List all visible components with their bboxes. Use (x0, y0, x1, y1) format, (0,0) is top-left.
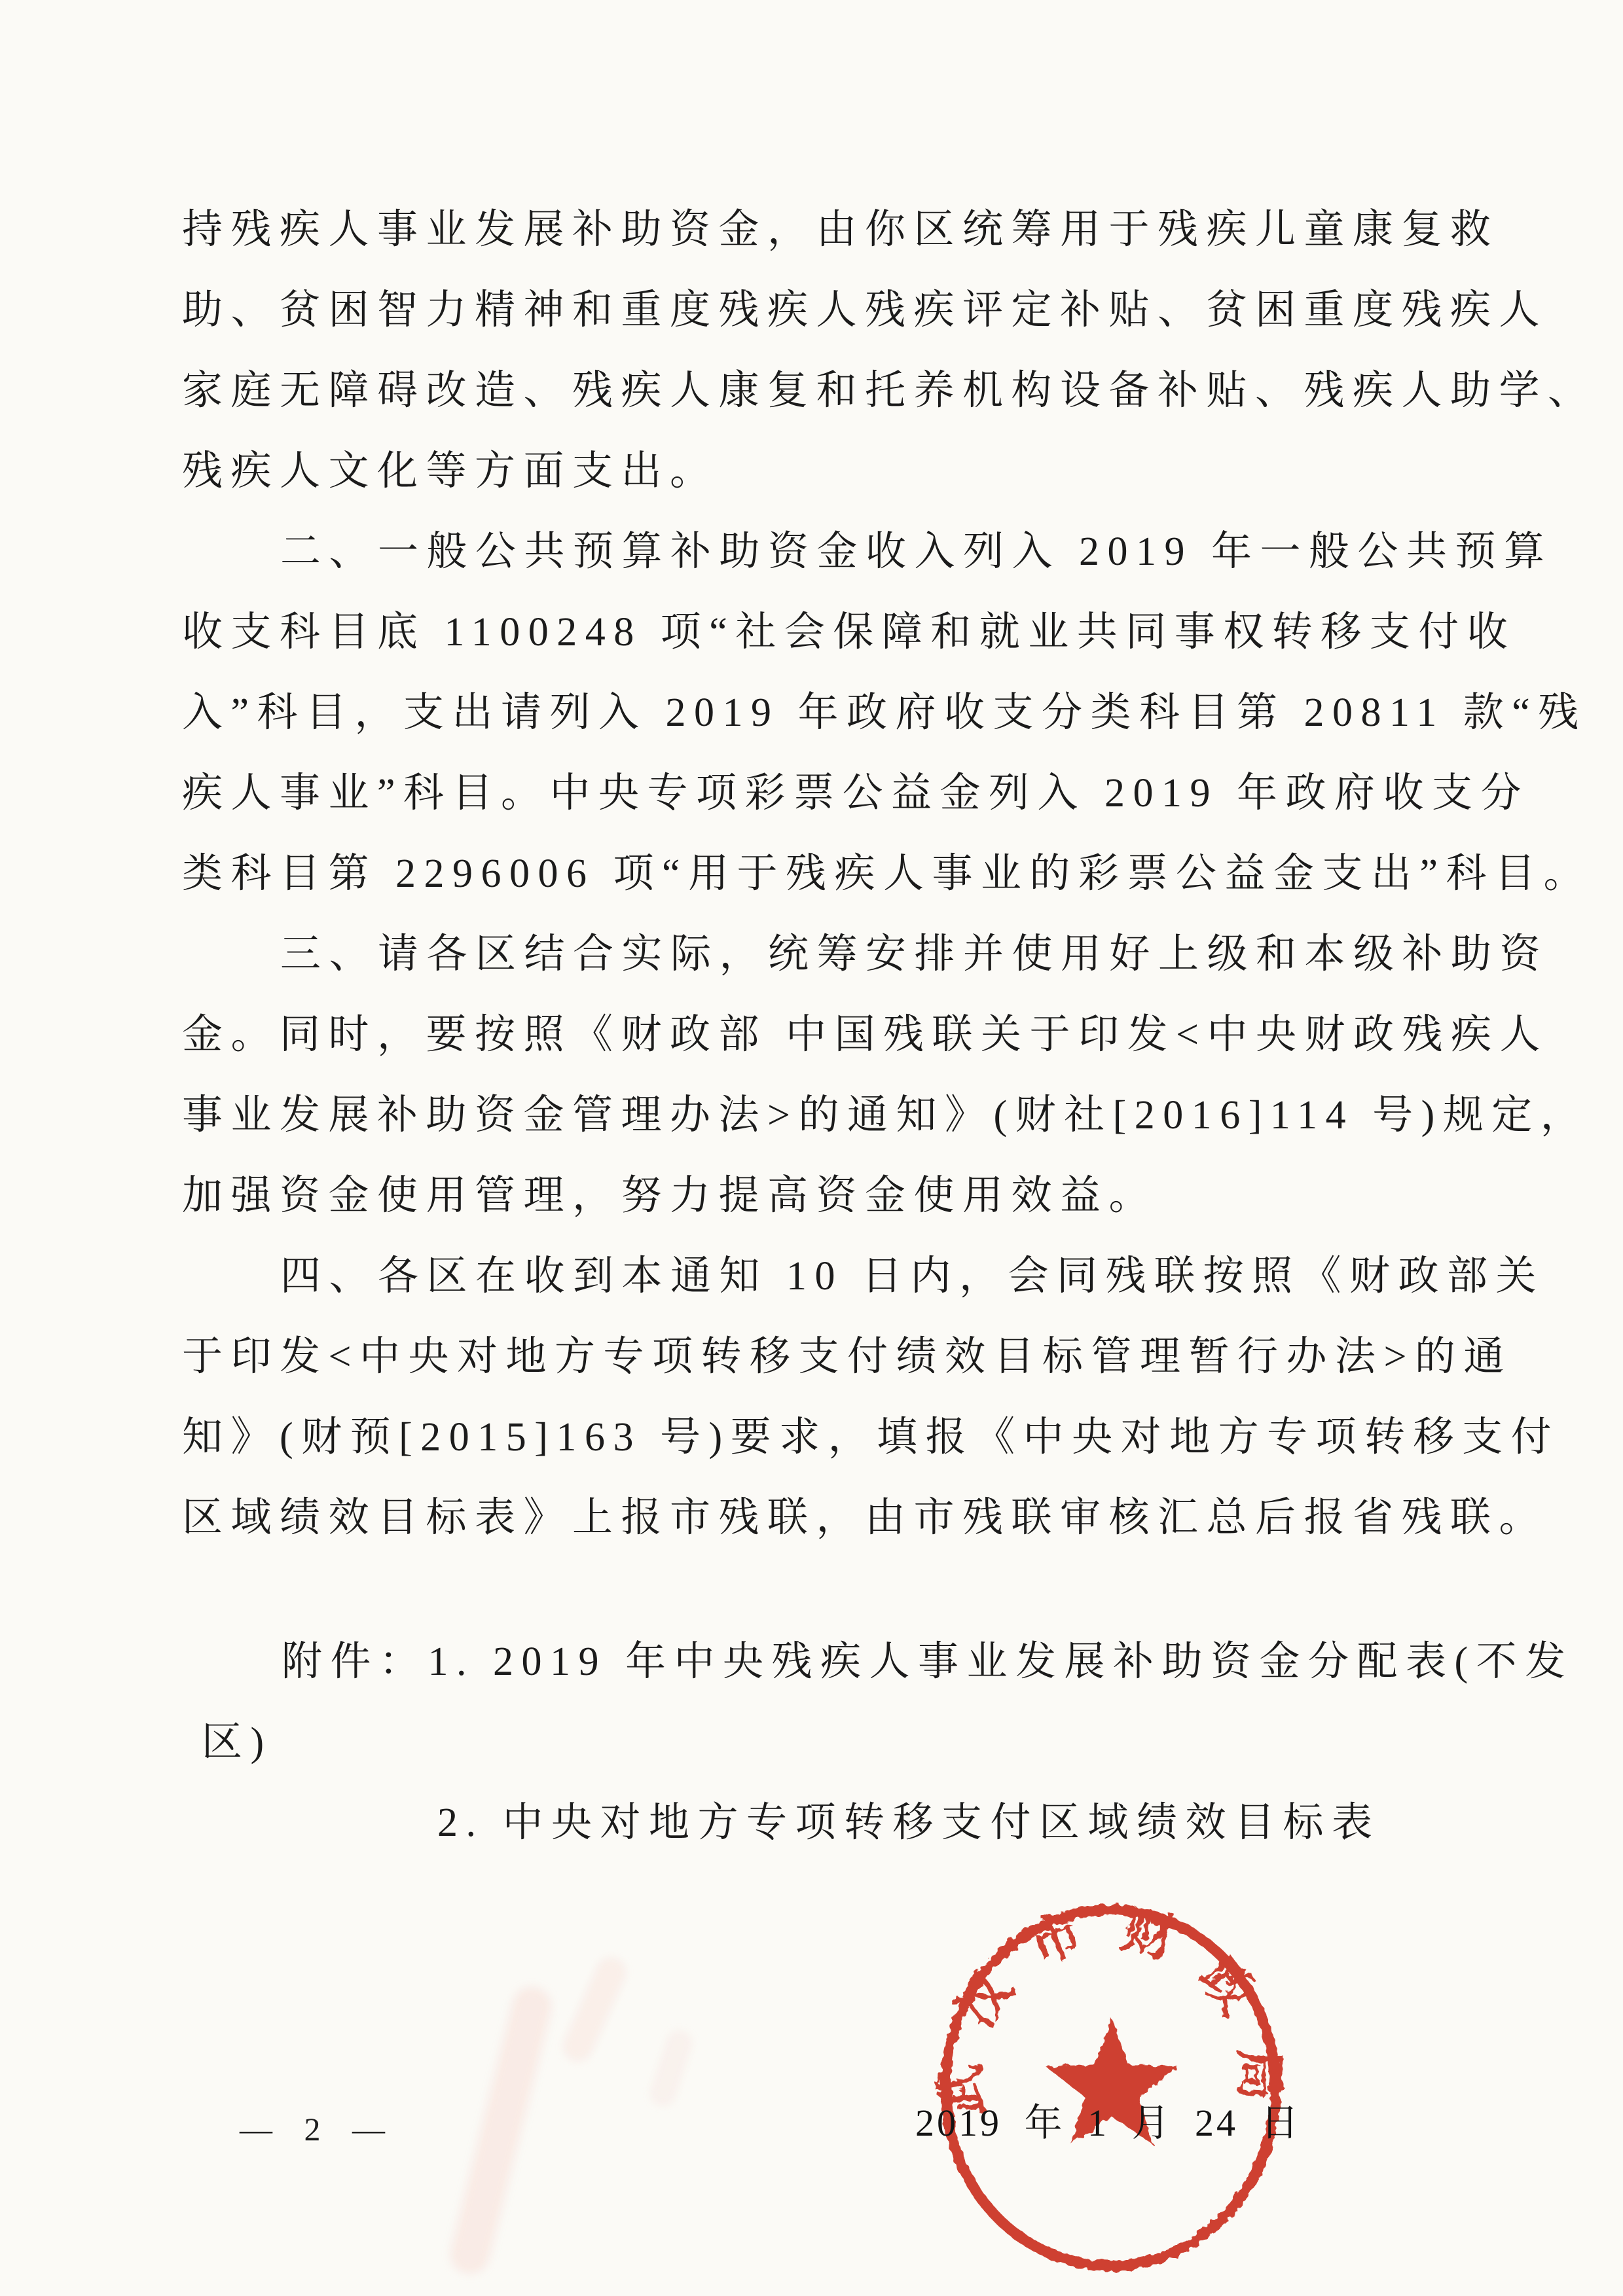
attachment-line: 附件：1. 2019 年中央残疾人事业发展补助资金分配表(不发 (182, 1622, 1531, 1702)
body-line: 类科目第 2296006 项“用于残疾人事业的彩票公益金支出”科目。 (182, 834, 1531, 914)
body-line: 知》(财预[2015]163 号)要求，填报《中央对地方专项转移支付 (182, 1397, 1531, 1478)
attachment-block: 附件：1. 2019 年中央残疾人事业发展补助资金分配表(不发 区) 2. 中央… (182, 1622, 1531, 1863)
attachment-line: 2. 中央对地方专项转移支付区域绩效目标表 (182, 1783, 1531, 1863)
body-text: 持残疾人事业发展补助资金，由你区统筹用于残疾儿童康复救 助、贫困智力精神和重度残… (182, 190, 1531, 1558)
scan-smudge (446, 1982, 555, 2278)
document-page: 持残疾人事业发展补助资金，由你区统筹用于残疾儿童康复救 助、贫困智力精神和重度残… (0, 0, 1623, 2296)
body-line: 家庭无障碍改造、残疾人康复和托养机构设备补贴、残疾人助学、 (182, 351, 1531, 431)
body-line: 入”科目，支出请列入 2019 年政府收支分类科目第 20811 款“残 (182, 673, 1531, 753)
scan-smudge (558, 1952, 630, 2066)
page-number: — 2 — (240, 2110, 397, 2148)
scan-smudge (646, 2027, 695, 2109)
body-line: 残疾人文化等方面支出。 (182, 431, 1531, 512)
official-seal: 武汉市财政局 (928, 1897, 1292, 2279)
body-line: 收支科目底 1100248 项“社会保障和就业共同事权转移支付收 (182, 592, 1531, 673)
body-line: 持残疾人事业发展补助资金，由你区统筹用于残疾儿童康复救 (182, 190, 1531, 270)
body-line: 四、各区在收到本通知 10 日内，会同残联按照《财政部关 (182, 1236, 1531, 1317)
body-line: 助、贫困智力精神和重度残疾人残疾评定补贴、贫困重度残疾人 (182, 270, 1531, 351)
body-line: 事业发展补助资金管理办法>的通知》(财社[2016]114 号)规定， (182, 1075, 1531, 1156)
body-line: 疾人事业”科目。中央专项彩票公益金列入 2019 年政府收支分 (182, 753, 1531, 834)
body-line: 加强资金使用管理，努力提高资金使用效益。 (182, 1156, 1531, 1236)
attachment-line: 区) (182, 1702, 1531, 1783)
body-line: 区域绩效目标表》上报市残联，由市残联审核汇总后报省残联。 (182, 1478, 1531, 1558)
body-line: 于印发<中央对地方专项转移支付绩效目标管理暂行办法>的通 (182, 1317, 1531, 1397)
issue-date: 2019 年 1 月 24 日 (915, 2092, 1302, 2147)
body-line: 金。同时，要按照《财政部 中国残联关于印发<中央财政残疾人 (182, 995, 1531, 1075)
body-line: 二、一般公共预算补助资金收入列入 2019 年一般公共预算 (182, 512, 1531, 592)
body-line: 三、请各区结合实际，统筹安排并使用好上级和本级补助资 (182, 914, 1531, 995)
